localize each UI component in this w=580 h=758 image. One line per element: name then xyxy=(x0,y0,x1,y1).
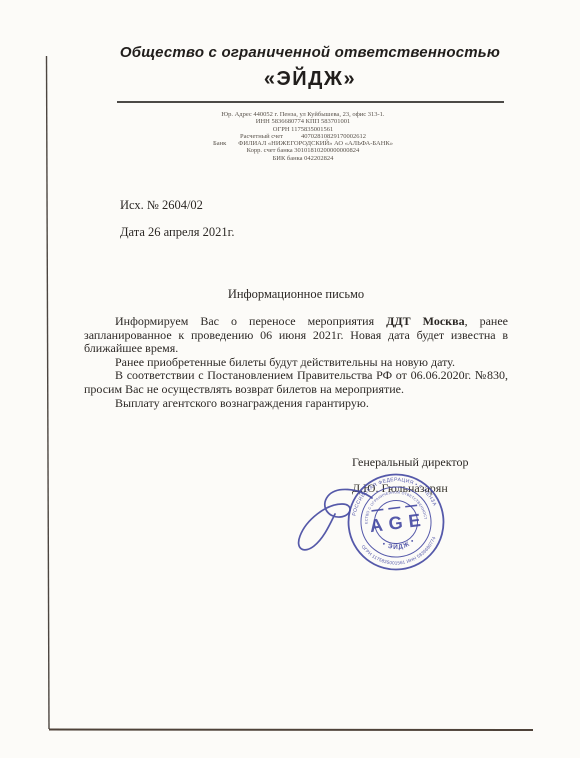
requisites-block: Юр. Адрес 440052 г. Пенза, ул Куйбышева,… xyxy=(13,111,580,162)
letterhead: Общество с ограниченной ответственностью… xyxy=(20,44,580,91)
company-stamp: РОССИЙСКАЯ ФЕДЕРАЦИЯ • Г. ПЕНЗА ОГРН 117… xyxy=(329,455,463,589)
letter-date: Дата 26 апреля 2021г. xyxy=(120,225,235,240)
stamp-center-text: AGE xyxy=(369,509,428,536)
letter-body: Информируем Вас о переносе мероприятия Д… xyxy=(84,315,508,410)
letter-subject: Информационное письмо xyxy=(6,287,580,302)
requisite-bik: БИК банка 042202824 xyxy=(13,155,580,162)
requisite-address: Юр. Адрес 440052 г. Пенза, ул Куйбышева,… xyxy=(13,111,580,118)
body-paragraph-1: Информируем Вас о переносе мероприятия Д… xyxy=(84,315,508,356)
p1-event-name: ДДТ Москва xyxy=(386,314,464,328)
requisite-inn-kpp: ИНН 5836680774 КПП 583701001 xyxy=(13,118,580,125)
outgoing-number: Исх. № 2604/02 xyxy=(120,198,235,213)
body-paragraph-3: В соответствии с Постановлением Правител… xyxy=(84,369,508,396)
p1-text: Информируем Вас о переносе мероприятия xyxy=(115,314,386,328)
requisite-bank-value: ФИЛИАЛ «НИЖЕГОРОДСКИЙ» АО «АЛЬФА-БАНК» xyxy=(238,140,393,147)
body-paragraph-4: Выплату агентского вознаграждения гарант… xyxy=(84,397,508,411)
svg-text:ОГРН 1175835001561 ИНН 583668: ОГРН 1175835001561 ИНН 5836680774 xyxy=(360,535,439,570)
org-type-title: Общество с ограниченной ответственностью xyxy=(20,44,580,61)
requisite-ogrn: ОГРН 1175835001561 xyxy=(13,126,580,133)
letterhead-rule xyxy=(117,101,504,103)
scanned-letter: { "letter": { "header": { "org_type": "О… xyxy=(0,0,580,758)
svg-text:• ЭЙДЖ •: • ЭЙДЖ • xyxy=(380,537,417,553)
requisite-bank-label: Банк xyxy=(213,140,226,147)
stamp-name-ring: • ЭЙДЖ • xyxy=(380,537,417,553)
org-name-title: «ЭЙДЖ» xyxy=(20,68,580,91)
requisite-corr-account: Корр. счет банка 30101810200000000824 xyxy=(13,147,580,154)
body-paragraph-2: Ранее приобретенные билеты будут действи… xyxy=(84,356,508,370)
stamp-reg-ring: ОГРН 1175835001561 ИНН 5836680774 xyxy=(360,535,439,570)
reference-block: Исх. № 2604/02 Дата 26 апреля 2021г. xyxy=(120,198,235,252)
requisite-bank: БанкФИЛИАЛ «НИЖЕГОРОДСКИЙ» АО «АЛЬФА-БАН… xyxy=(13,140,580,147)
